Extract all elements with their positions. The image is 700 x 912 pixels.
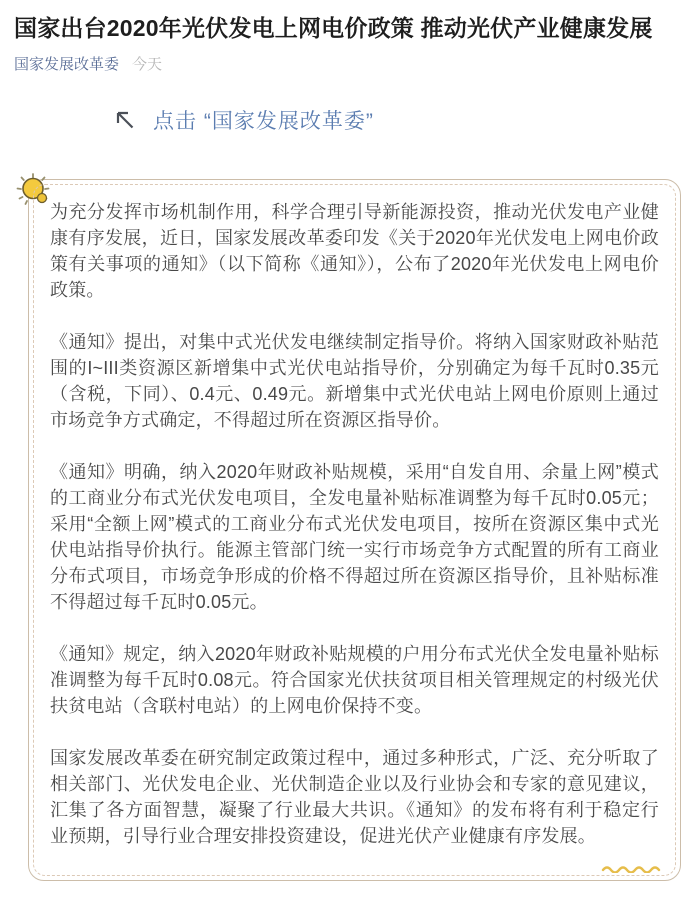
follow-hint-text: 点击 “国家发展改革委” <box>153 105 374 135</box>
article-page: 国家出台2020年光伏发电上网电价政策 推动光伏产业健康发展 国家发展改革委今天… <box>0 0 700 912</box>
squiggle-underline-icon <box>601 860 661 870</box>
article-body-card: 为充分发挥市场机制作用，科学合理引导新能源投资，推动光伏发电产业健康有序发展，近… <box>28 179 681 881</box>
account-name-link[interactable]: 国家发展改革委 <box>14 56 119 73</box>
byline: 国家发展改革委今天 <box>14 54 686 75</box>
paragraph: 《通知》明确，纳入2020年财政补贴规模，采用“自发自用、余量上网”模式的工商业… <box>50 459 659 615</box>
arrow-up-left-icon <box>112 107 138 133</box>
paragraph: 《通知》规定，纳入2020年财政补贴规模的户用分布式光伏全发电量补贴标准调整为每… <box>50 641 659 719</box>
paragraph: 国家发展改革委在研究制定政策过程中，通过多种形式，广泛、充分听取了相关部门、光伏… <box>50 745 659 849</box>
follow-hint: 点击 “国家发展改革委” <box>112 105 700 135</box>
paragraph: 《通知》提出，对集中式光伏发电继续制定指导价。将纳入国家财政补贴范围的I~III… <box>50 329 659 433</box>
article-body: 为充分发挥市场机制作用，科学合理引导新能源投资，推动光伏发电产业健康有序发展，近… <box>33 184 676 876</box>
publish-time: 今天 <box>132 56 162 73</box>
article-title: 国家出台2020年光伏发电上网电价政策 推动光伏产业健康发展 <box>14 12 684 45</box>
paragraph: 为充分发挥市场机制作用，科学合理引导新能源投资，推动光伏发电产业健康有序发展，近… <box>50 199 659 303</box>
